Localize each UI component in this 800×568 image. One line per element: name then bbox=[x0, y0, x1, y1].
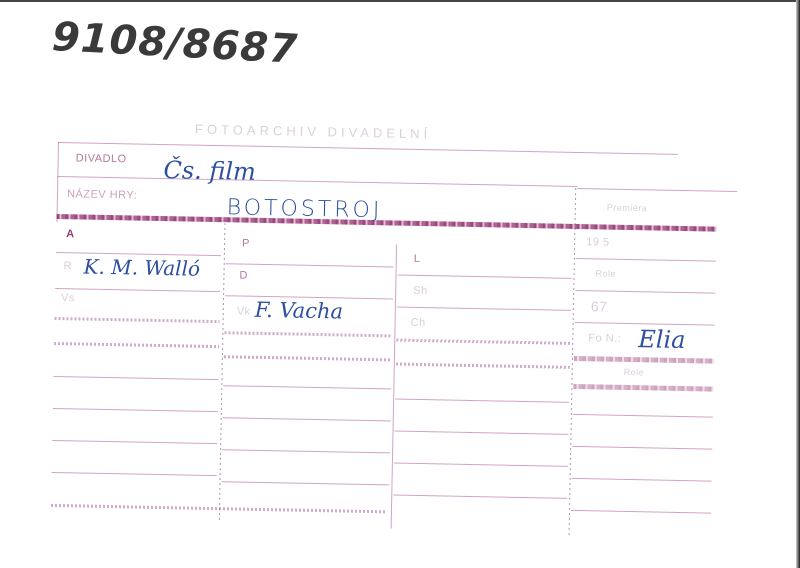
label-right-5: Role bbox=[624, 367, 645, 377]
row-line bbox=[396, 363, 570, 369]
right-box-top bbox=[577, 188, 737, 192]
row-line bbox=[571, 510, 711, 514]
handwritten-play-title: BOTOSTROJ bbox=[227, 195, 383, 223]
row-line bbox=[222, 449, 390, 453]
label-choreography: Ch bbox=[410, 317, 425, 329]
row-line bbox=[575, 290, 715, 294]
label-director: R bbox=[64, 260, 73, 272]
label-right-4: 67 bbox=[591, 298, 608, 314]
col-divider-2 bbox=[391, 245, 397, 529]
row-line bbox=[572, 478, 712, 482]
label-author: A bbox=[66, 228, 75, 240]
handwritten-costumes: F. Vacha bbox=[255, 298, 344, 324]
row-line bbox=[576, 258, 716, 262]
row-line bbox=[393, 495, 567, 499]
row-line bbox=[224, 331, 392, 337]
label-stage-design: Sh bbox=[413, 285, 428, 297]
row-line bbox=[395, 399, 569, 403]
row-line bbox=[53, 408, 218, 412]
label-design: D bbox=[239, 270, 248, 282]
right-box-divider bbox=[576, 224, 716, 232]
top-border bbox=[58, 142, 678, 155]
row-line bbox=[572, 446, 712, 450]
row-line bbox=[52, 472, 217, 476]
label-translation: P bbox=[242, 238, 250, 250]
scan-border-top bbox=[0, 0, 800, 2]
handwritten-director: K. M. Walló bbox=[83, 255, 200, 281]
row-line bbox=[395, 431, 569, 435]
row-line bbox=[574, 356, 714, 364]
label-right-3: Role bbox=[595, 268, 616, 278]
label-costumes: Vs bbox=[61, 292, 75, 304]
row-line bbox=[223, 385, 391, 389]
row-line bbox=[573, 414, 713, 418]
divider-theatre bbox=[57, 176, 577, 187]
row-line bbox=[397, 275, 571, 279]
row-line bbox=[226, 263, 394, 267]
stamp-header: FOTOARCHIV DIVADELNÍ bbox=[195, 122, 432, 142]
col-divider-1 bbox=[219, 223, 226, 523]
label-right-2: 19 5 bbox=[586, 236, 610, 248]
label-theatre: DIVADLO bbox=[76, 152, 127, 165]
row-line bbox=[396, 339, 570, 345]
row-line bbox=[224, 355, 392, 361]
catalog-number: 9108/8687 bbox=[51, 14, 299, 73]
row-line bbox=[223, 417, 391, 421]
row-line bbox=[55, 288, 220, 292]
col-divider-3 bbox=[568, 188, 576, 538]
label-photo-no: Fo N.: bbox=[588, 332, 621, 345]
label-play-title: NÁZEV HRY: bbox=[67, 188, 137, 201]
row-line bbox=[397, 307, 571, 311]
handwritten-photo-no: Elia bbox=[638, 325, 686, 354]
row-line bbox=[52, 440, 217, 444]
label-music: L bbox=[414, 253, 421, 265]
handwritten-theatre: Čs. film bbox=[163, 156, 256, 186]
label-costumes-2: Vk bbox=[237, 305, 251, 317]
index-card-form: DIVADLO NÁZEV HRY: A P L R D Sh Vs Vk Ch… bbox=[51, 142, 738, 545]
row-line bbox=[54, 342, 219, 348]
label-right-1: Premiéra bbox=[607, 203, 648, 214]
left-border bbox=[56, 142, 59, 222]
row-line bbox=[394, 463, 568, 467]
row-line bbox=[573, 384, 713, 392]
row-line bbox=[55, 317, 220, 323]
row-line bbox=[221, 481, 389, 485]
row-line bbox=[53, 376, 218, 380]
scan-border-right bbox=[796, 0, 800, 568]
